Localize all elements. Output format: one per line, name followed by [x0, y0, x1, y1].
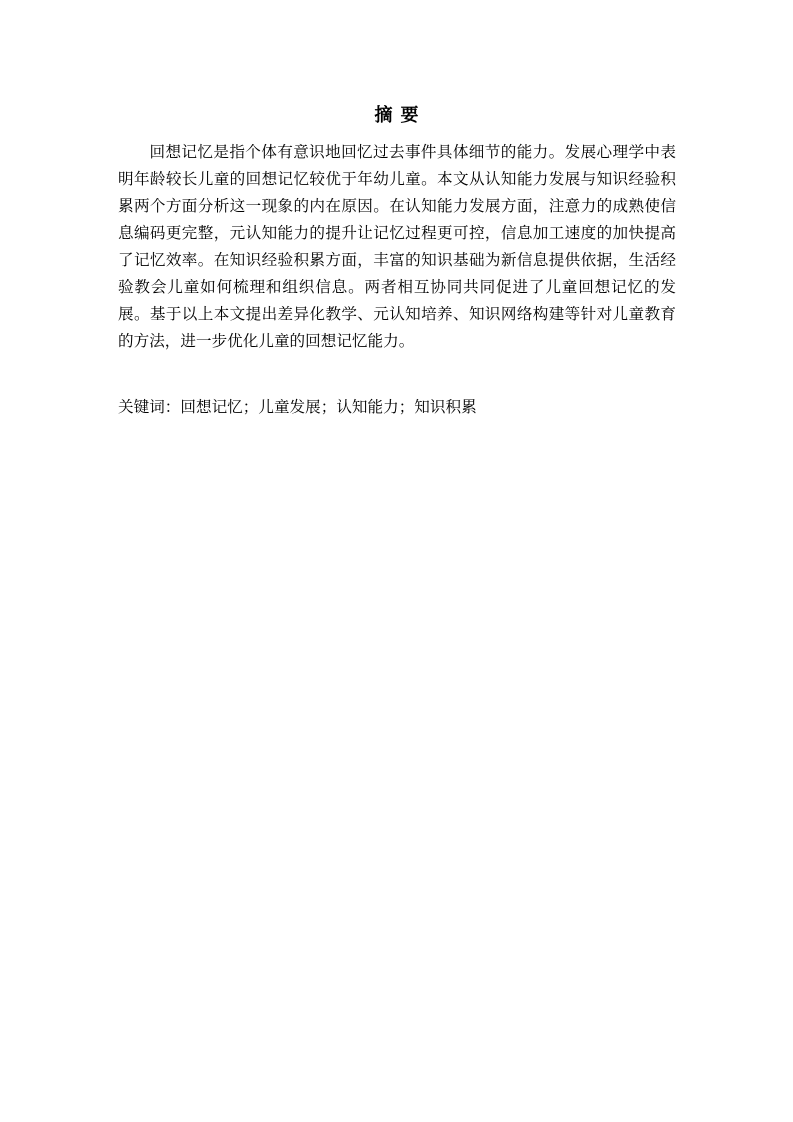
keywords-list: 回想记忆；儿童发展；认知能力；知识积累 [180, 398, 476, 416]
abstract-title: 摘要 [0, 104, 793, 128]
abstract-body: 回想记忆是指个体有意识地回忆过去事件具体细节的能力。发展心理学中表明年龄较长儿童… [118, 139, 676, 355]
keywords-line: 关键词：回想记忆；儿童发展；认知能力；知识积累 [118, 394, 676, 421]
keywords-label: 关键词： [118, 398, 180, 416]
document-page: 摘要 回想记忆是指个体有意识地回忆过去事件具体细节的能力。发展心理学中表明年龄较… [0, 0, 793, 1122]
